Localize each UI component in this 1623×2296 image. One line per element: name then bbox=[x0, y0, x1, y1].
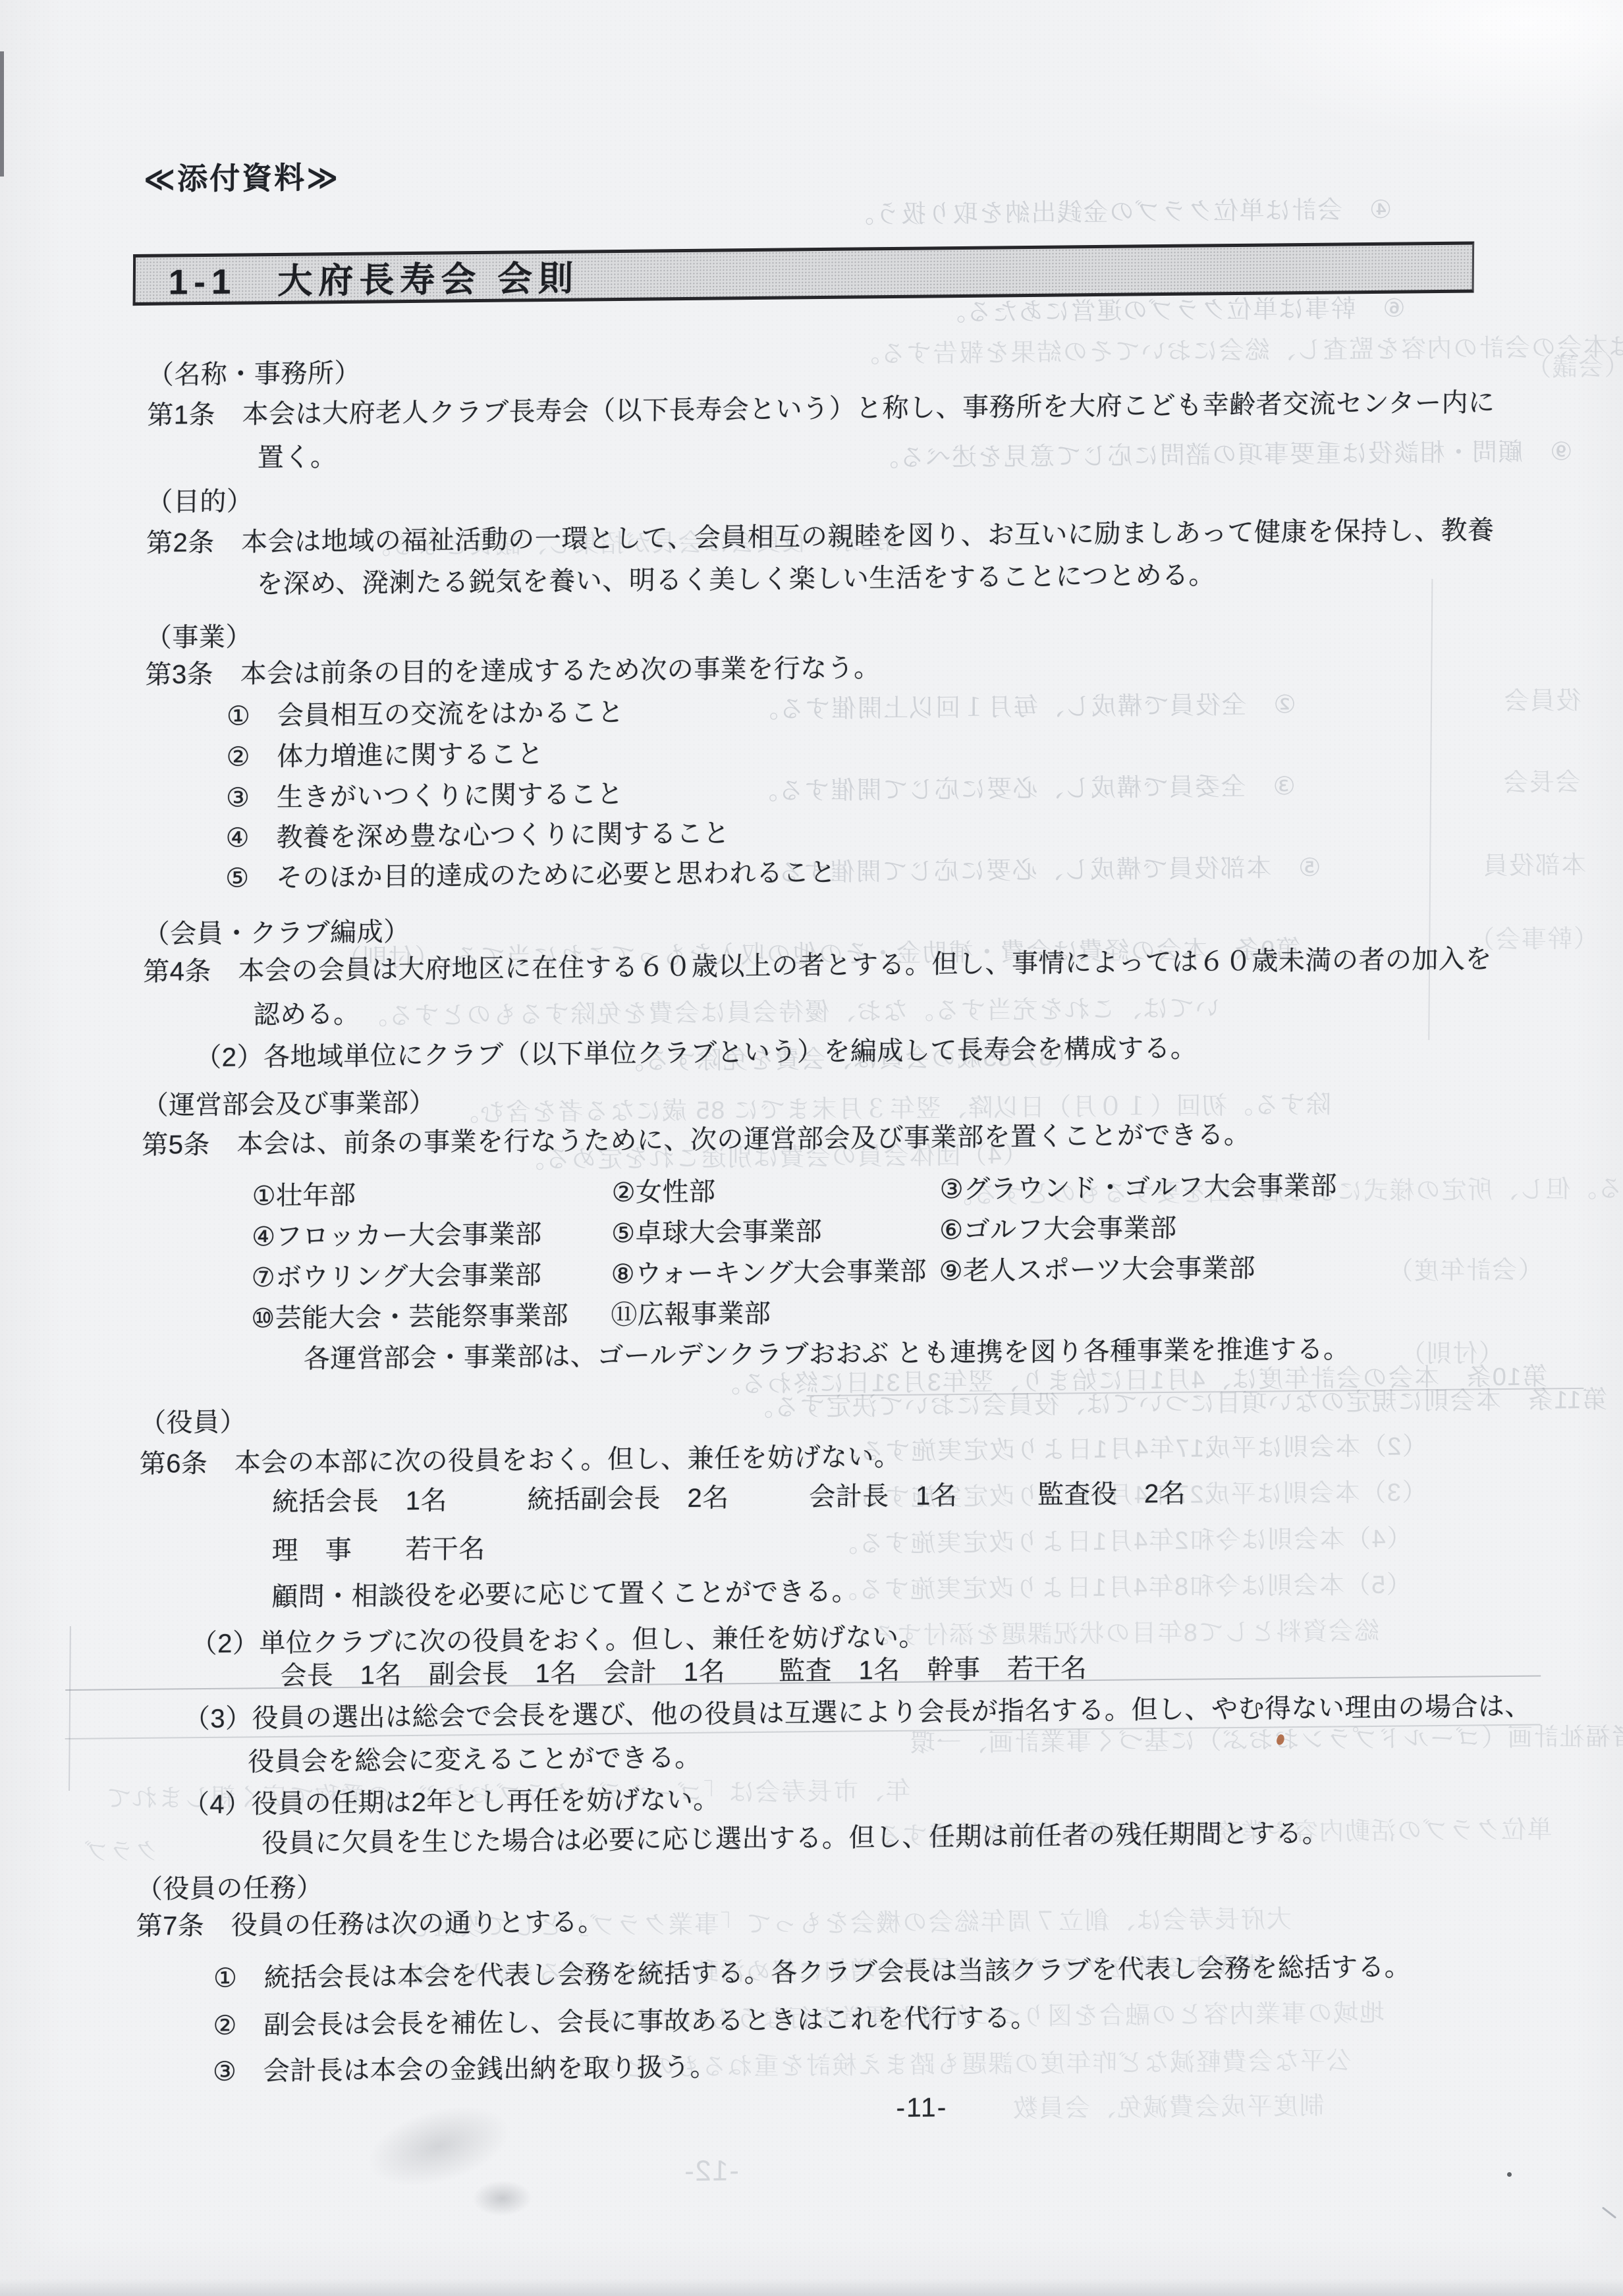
document-line: 第6条 本会の本部に次の役員をおく。但し、兼任を妨げない。 bbox=[140, 1442, 901, 1479]
document-line: ② 副会長は会長を補佐し、会長に事故あるときはこれを代行する。 bbox=[213, 2003, 1037, 2041]
bleed-through-text: （会議） bbox=[1526, 353, 1623, 383]
document-line: 第5条 本会は、前条の事業を行なうために、次の運営部会及び事業部を置くことができ… bbox=[142, 1120, 1251, 1161]
document-line: 第1条 本会は大府老人クラブ長寿会（以下長寿会という）と称し、事務所を大府こども… bbox=[147, 387, 1495, 431]
document-line: （事業） bbox=[146, 622, 252, 653]
document-line: ⑦ボウリング大会事業部 bbox=[252, 1260, 542, 1293]
section-title: 1-1 大府長寿会 会則 bbox=[169, 251, 580, 305]
document-line: ③ 生きがいつくりに関すること bbox=[226, 779, 624, 813]
document-sheet: ≪添付資料≫ 1-1 大府長寿会 会則 ④ 会計は単位クラブの金銭出納を取り扱う… bbox=[0, 0, 1623, 2296]
document-line: 第7条 役員の任務は次の通りとする。 bbox=[136, 1907, 605, 1942]
bleed-through-text: ② 全役員で構成し、毎月１回以上開催する。 bbox=[752, 691, 1296, 725]
document-line: ③グラウンド・ゴルフ大会事業部 bbox=[939, 1171, 1337, 1205]
document-line: 顧問・相談役を必要に応じて置くことができる。 bbox=[271, 1576, 858, 1612]
scanned-document-page: { "page": { "attachment_label": "≪添付資料≫"… bbox=[0, 0, 1623, 2296]
document-line: 置く。 bbox=[258, 442, 337, 473]
bleed-through-text: ③ 全委員で構成し、必要に応じて開催する。 bbox=[752, 773, 1296, 807]
bleed-through-text: （付則） bbox=[1400, 1340, 1504, 1369]
document-line: ⑥ゴルフ大会事業部 bbox=[939, 1213, 1177, 1245]
document-line: ③ 会計長は本会の金銭出納を取り扱う。 bbox=[213, 2052, 717, 2087]
bleed-through-text: いては、これを充当する。なお、優待会員は会費を免除するものとする。 bbox=[361, 995, 1220, 1031]
bleed-through-text: クラブ bbox=[84, 1838, 158, 1865]
bleed-through-text: （会計年度） bbox=[1387, 1257, 1543, 1287]
document-line: ⑤卓球大会事業部 bbox=[611, 1216, 822, 1249]
document-line: ⑩芸能大会・芸能祭事業部 bbox=[251, 1301, 568, 1334]
document-line: ⑪広報事業部 bbox=[611, 1299, 771, 1330]
document-line: （役員の任務） bbox=[136, 1872, 323, 1905]
page-number: -11- bbox=[852, 2092, 991, 2124]
document-line: （運営部会及び事業部） bbox=[142, 1088, 436, 1121]
scan-edge-artifact bbox=[0, 51, 4, 177]
document-line: （4）役員の任期は2年とし再任を妨げない。 bbox=[183, 1785, 720, 1820]
document-line: 役員会を総会に変えることができる。 bbox=[248, 1743, 701, 1778]
bleed-through-text: 本部役員 bbox=[1482, 852, 1586, 881]
bleed-through-text: ⑦ 監査役は本会の会計の内容を監査し、総会においてその結果を報告する。 bbox=[854, 332, 1623, 369]
document-line: ④フロッカー大会事業部 bbox=[252, 1219, 542, 1252]
bleed-through-text: ④ 会計は単位クラブの金銭出納を取り扱う。 bbox=[848, 196, 1392, 231]
bleed-through-text: 会長会 bbox=[1502, 769, 1581, 798]
pencil-smudge bbox=[472, 2180, 532, 2216]
bleed-through-text: ⑥ 幹事は単位クラブの運営にあたる。 bbox=[939, 295, 1405, 328]
bleed-through-text: -12- bbox=[684, 2154, 740, 2188]
bleed-through-text: ⑨ 顧問・相談役は重要事項の諮問に応じて意見を述べる。 bbox=[873, 438, 1573, 474]
document-line: 認める。 bbox=[254, 999, 360, 1031]
bleed-through-text: 制度平成会費減免、会員数 bbox=[1012, 2092, 1324, 2124]
document-line: （2）単位クラブに次の役員をおく。但し、兼任を妨げない。 bbox=[191, 1622, 926, 1660]
document-line: （目的） bbox=[146, 486, 253, 518]
bleed-through-text: （4）本会則は令和2年4月1日より改定実施する。 bbox=[832, 1525, 1412, 1559]
document-line: ②女性部 bbox=[611, 1177, 715, 1209]
document-line: ① 会員相互の交流をはかること bbox=[227, 697, 624, 732]
bleed-through-text: （2）本会則は平成17年4月1日より改定実施する。 bbox=[833, 1433, 1427, 1467]
document-line: ④ 教養を深め豊な心つくりに関すること bbox=[225, 818, 730, 853]
attachment-label: ≪添付資料≫ bbox=[144, 153, 341, 199]
document-line: ⑨老人スポーツ大会事業部 bbox=[939, 1253, 1256, 1287]
bleed-through-text: ⑤ 本部役員で構成し、必要に応じて開催する。 bbox=[751, 854, 1321, 888]
document-line: 役員に欠員を生じた場合は必要に応じ選出する。但し、任期は前任者の残任期間とする。 bbox=[261, 1818, 1329, 1859]
document-line: ⑤ そのほか目的達成のために必要と思われること bbox=[225, 858, 837, 894]
document-line: ② 体力増進に関すること bbox=[226, 739, 543, 773]
bleed-rule-line bbox=[69, 1626, 71, 1791]
document-line: ①壮年部 bbox=[252, 1180, 356, 1212]
bleed-through-text: 役員会 bbox=[1503, 687, 1582, 717]
document-line: 統括会長 1名 統括副会長 2名 会計長 1名 監査役 2名 bbox=[272, 1479, 1186, 1517]
scan-edge-shadow bbox=[0, 2279, 1623, 2296]
document-line: ① 統括会長は本会を代表し会務を統括する。各クラブ会長は当該クラブを代表し会務を… bbox=[213, 1952, 1412, 1993]
document-line: 第2条 本会は地域の福祉活動の一環として、会員相互の親睦を図り、お互いに励ましあ… bbox=[146, 515, 1495, 559]
dust-speck bbox=[1507, 2172, 1512, 2177]
document-line: を深め、溌溂たる鋭気を養い、明るく美しく楽しい生活をすることにつとめる。 bbox=[256, 560, 1215, 599]
document-line: 第3条 本会は前条の目的を達成するため次の事業を行なう。 bbox=[145, 653, 881, 690]
document-line: （名称・事務所） bbox=[148, 358, 361, 391]
document-line: ⑧ウォーキング大会事業部 bbox=[611, 1256, 927, 1290]
document-line: （会員・クラブ編成） bbox=[143, 917, 410, 950]
bleed-through-text: （5）本会則は令和8年4月1日より改定実施する。 bbox=[831, 1571, 1412, 1605]
document-line: 理 事 若干名 bbox=[272, 1534, 485, 1566]
document-line: 会長 1名 副会長 1名 会計 1名 監査 1名 幹事 若干名 bbox=[280, 1653, 1087, 1691]
document-line: （役員） bbox=[140, 1407, 246, 1438]
bleed-through-text: 市高齢者福祉計画（ゴールドプランおおぶ）に基づく事業計画、一環 bbox=[909, 1722, 1623, 1759]
